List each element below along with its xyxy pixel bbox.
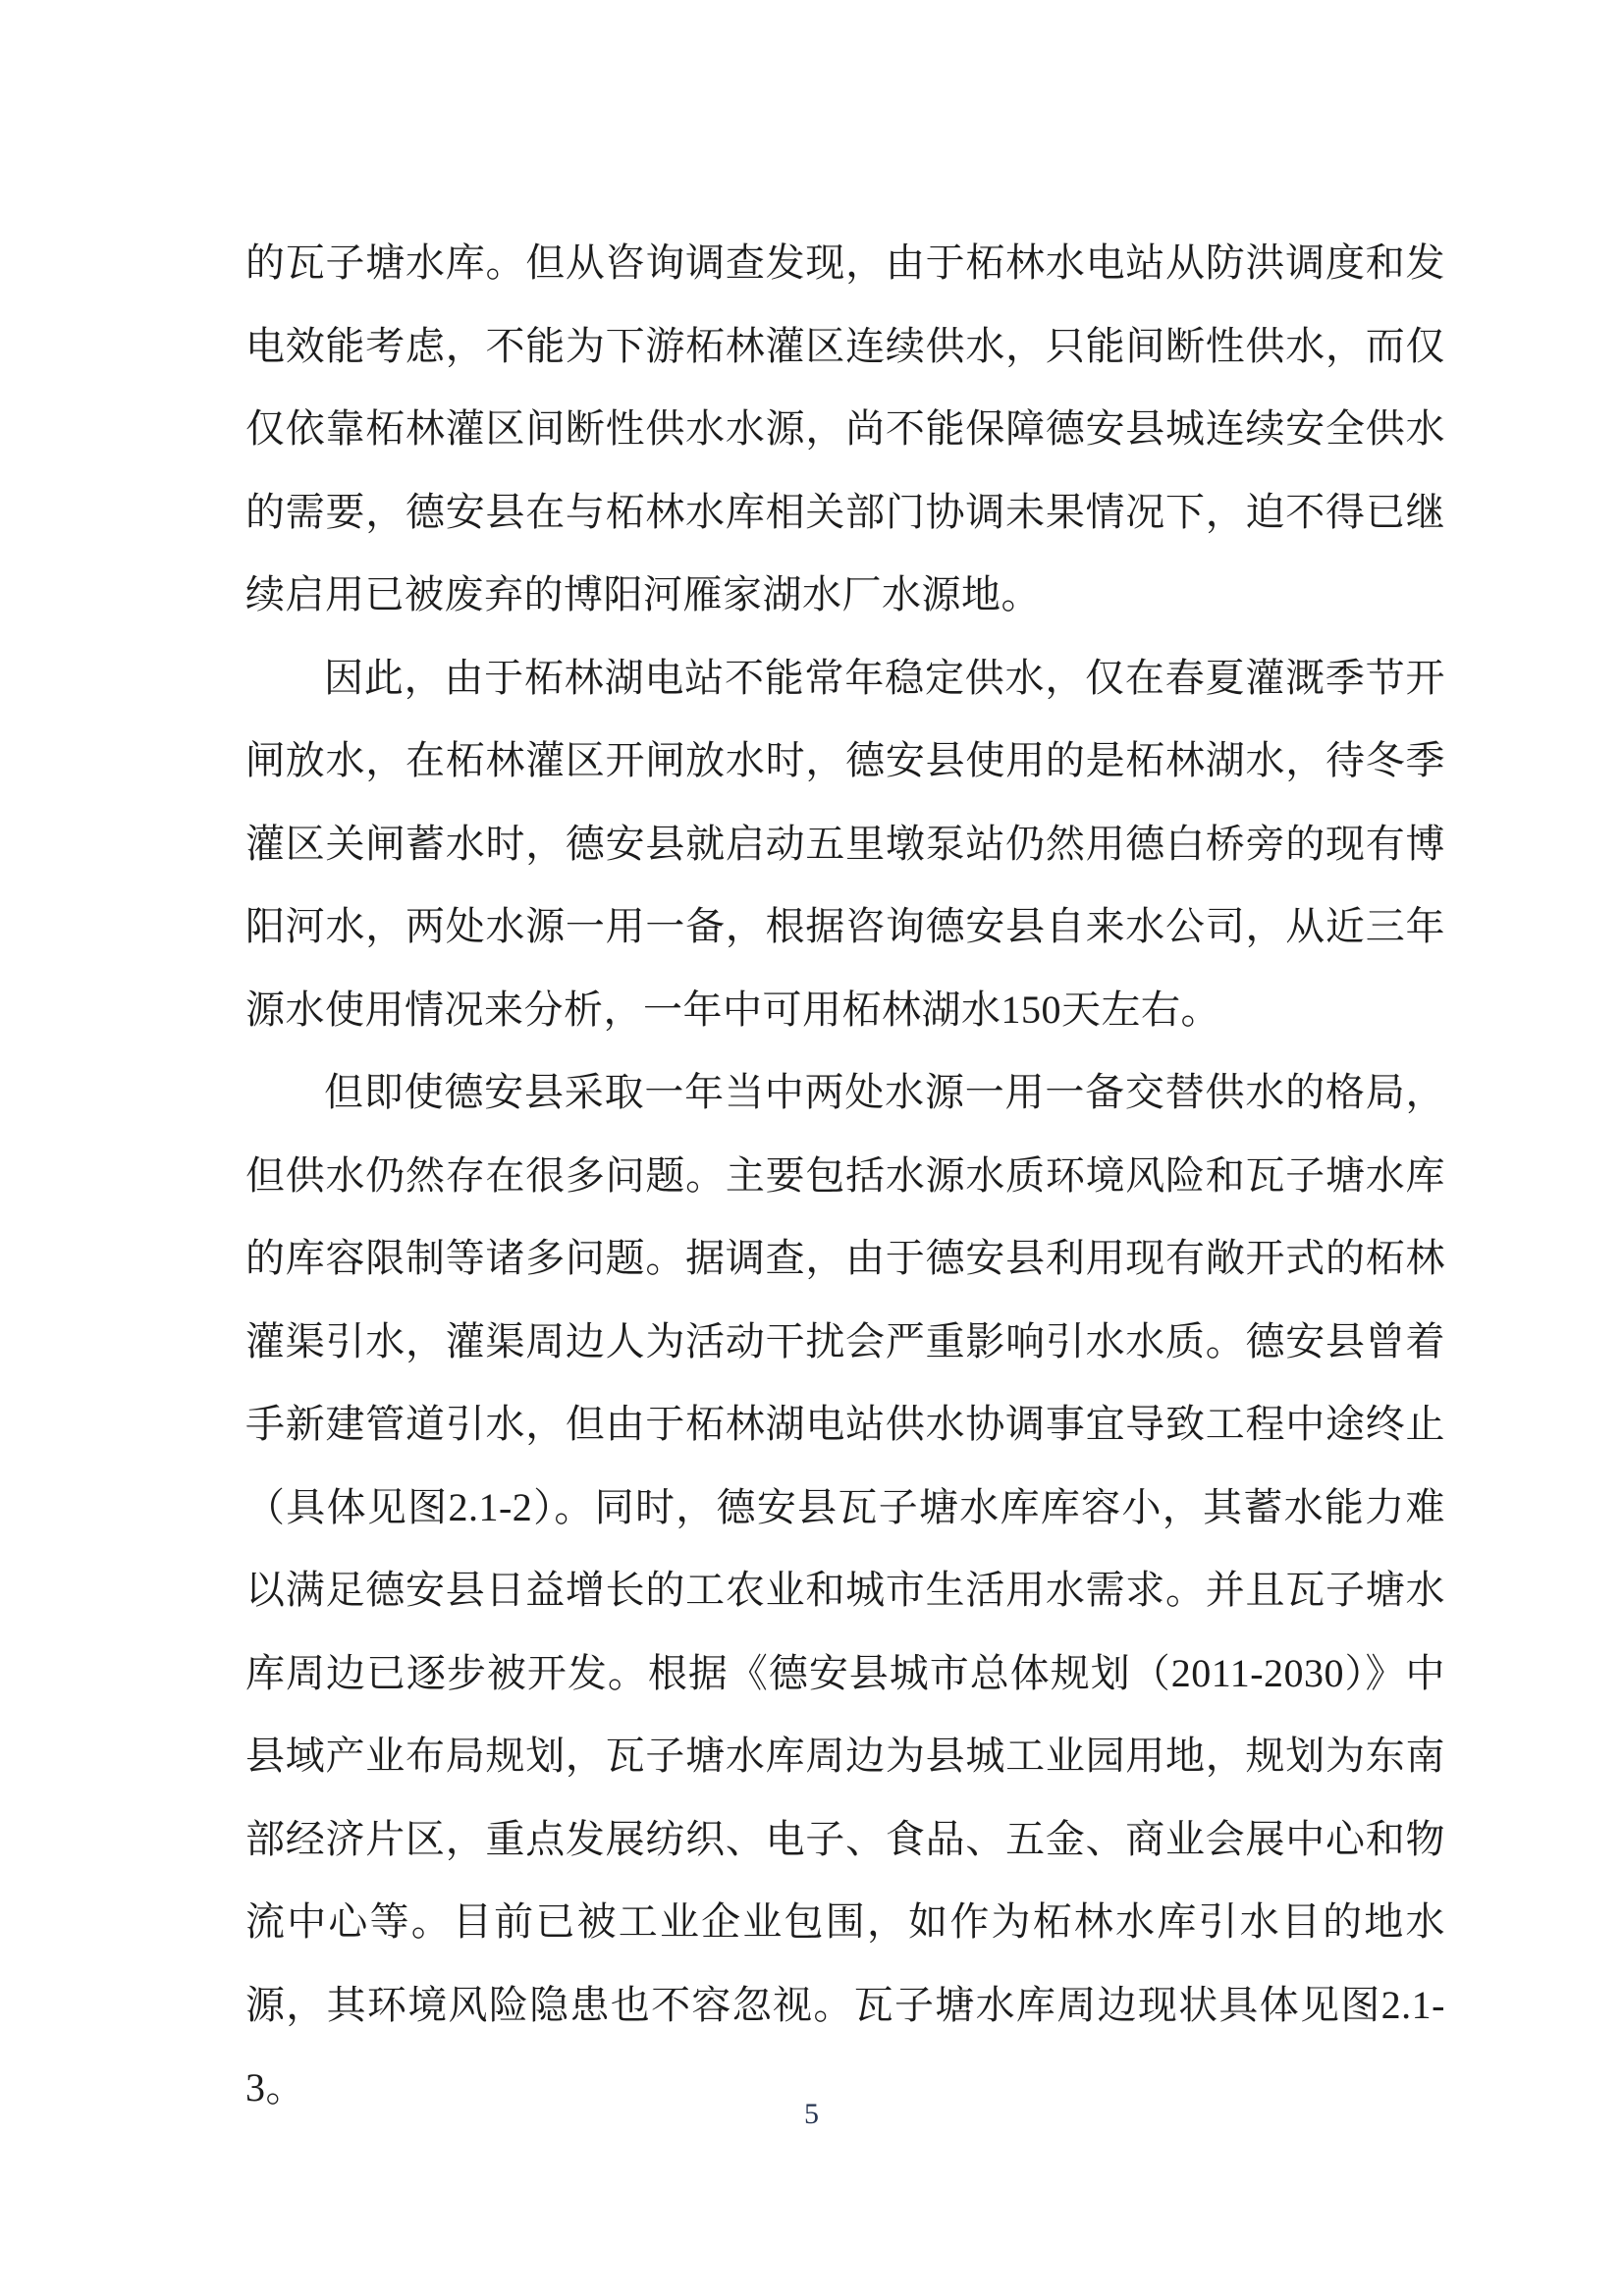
page-footer: 5: [0, 2097, 1623, 2132]
document-page: 的瓦子塘水库。但从咨询调查发现，由于柘林水电站从防洪调度和发电效能考虑，不能为下…: [0, 0, 1623, 2296]
paragraph-continuation: 的瓦子塘水库。但从咨询调查发现，由于柘林水电站从防洪调度和发电效能考虑，不能为下…: [245, 222, 1445, 637]
paragraph-water-supply-seasonal: 因此，由于柘林湖电站不能常年稳定供水，仅在春夏灌溉季节开闸放水，在柘林灌区开闸放…: [245, 637, 1445, 1052]
page-number: 5: [804, 2098, 819, 2130]
paragraph-water-supply-problems: 但即使德安县采取一年当中两处水源一用一备交替供水的格局，但供水仍然存在很多问题。…: [245, 1051, 1445, 2130]
document-body: 的瓦子塘水库。但从咨询调查发现，由于柘林水电站从防洪调度和发电效能考虑，不能为下…: [245, 222, 1445, 2130]
